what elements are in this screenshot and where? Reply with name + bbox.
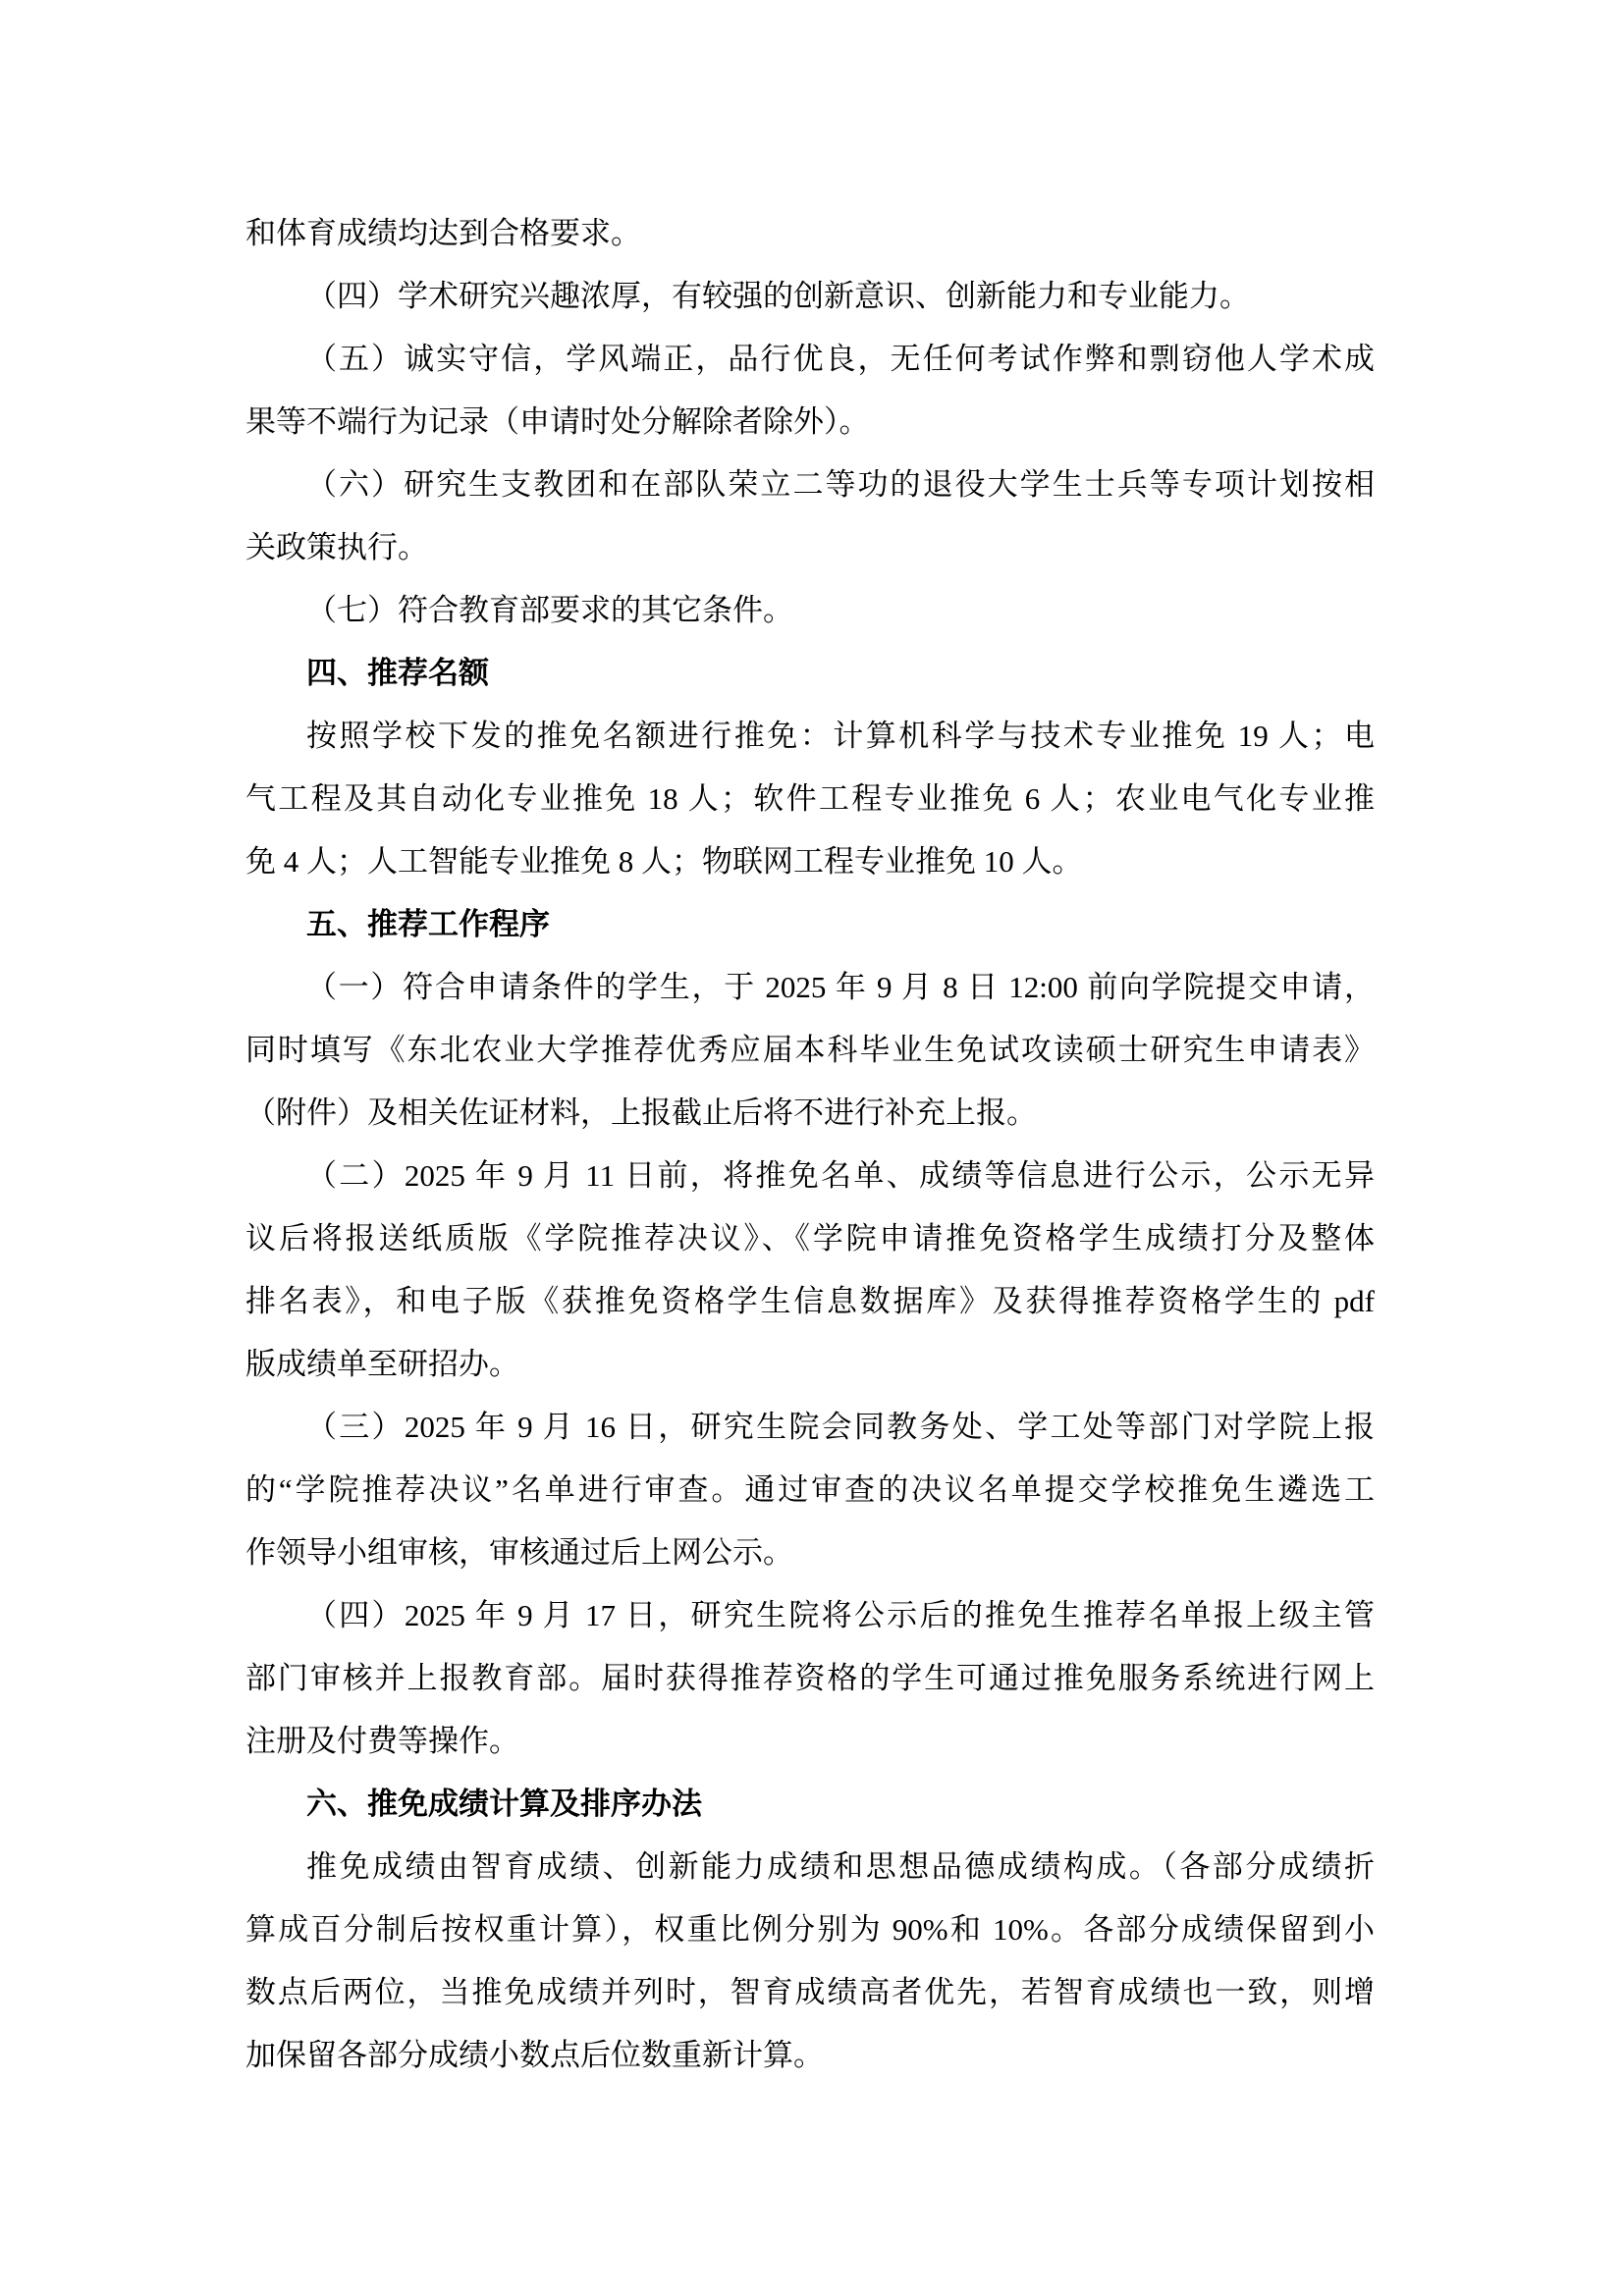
- section-heading: 四、推荐名额: [245, 642, 1375, 705]
- text-line: 数点后两位，当推免成绩并列时，智育成绩高者优先，若智育成绩也一致，则增: [245, 1961, 1375, 2024]
- text-line: 果等不端行为记录（申请时处分解除者除外）。: [245, 391, 1375, 454]
- text-line: 的“学院推荐决议”名单进行审查。通过审查的决议名单提交学校推免生遴选工: [245, 1459, 1375, 1522]
- text-line: 免 4 人；人工智能专业推免 8 人；物联网工程专业推免 10 人。: [245, 830, 1375, 893]
- text-line: （五）诚实守信，学风端正，品行优良，无任何考试作弊和剽窃他人学术成: [245, 328, 1375, 391]
- document-page: 和体育成绩均达到合格要求。（四）学术研究兴趣浓厚，有较强的创新意识、创新能力和专…: [0, 0, 1624, 2296]
- text-line: 部门审核并上报教育部。届时获得推荐资格的学生可通过推免服务系统进行网上: [245, 1647, 1375, 1710]
- text-line: 议后将报送纸质版《学院推荐决议》、《学院申请推免资格学生成绩打分及整体: [245, 1207, 1375, 1270]
- text-line: （三）2025 年 9 月 16 日，研究生院会同教务处、学工处等部门对学院上报: [245, 1396, 1375, 1459]
- text-line: （二）2025 年 9 月 11 日前，将推免名单、成绩等信息进行公示，公示无异: [245, 1145, 1375, 1207]
- section-heading: 五、推荐工作程序: [245, 893, 1375, 956]
- document-body: 和体育成绩均达到合格要求。（四）学术研究兴趣浓厚，有较强的创新意识、创新能力和专…: [245, 202, 1375, 2087]
- text-line: （七）符合教育部要求的其它条件。: [245, 579, 1375, 642]
- text-line: （附件）及相关佐证材料，上报截止后将不进行补充上报。: [245, 1082, 1375, 1145]
- text-line: 按照学校下发的推免名额进行推免：计算机科学与技术专业推免 19 人；电: [245, 705, 1375, 768]
- text-line: 加保留各部分成绩小数点后位数重新计算。: [245, 2024, 1375, 2087]
- text-line: 版成绩单至研招办。: [245, 1333, 1375, 1396]
- text-line: 气工程及其自动化专业推免 18 人；软件工程专业推免 6 人；农业电气化专业推: [245, 768, 1375, 830]
- text-line: 和体育成绩均达到合格要求。: [245, 202, 1375, 265]
- text-line: （六）研究生支教团和在部队荣立二等功的退役大学生士兵等专项计划按相: [245, 454, 1375, 516]
- text-line: （一）符合申请条件的学生，于 2025 年 9 月 8 日 12:00 前向学院…: [245, 956, 1375, 1019]
- text-line: 推免成绩由智育成绩、创新能力成绩和思想品德成绩构成。（各部分成绩折: [245, 1836, 1375, 1898]
- text-line: 排名表》，和电子版《获推免资格学生信息数据库》及获得推荐资格学生的 pdf: [245, 1270, 1375, 1333]
- text-line: （四）2025 年 9 月 17 日，研究生院将公示后的推免生推荐名单报上级主管: [245, 1584, 1375, 1647]
- text-line: 算成百分制后按权重计算），权重比例分别为 90%和 10%。各部分成绩保留到小: [245, 1898, 1375, 1961]
- text-line: 作领导小组审核，审核通过后上网公示。: [245, 1522, 1375, 1584]
- text-line: （四）学术研究兴趣浓厚，有较强的创新意识、创新能力和专业能力。: [245, 265, 1375, 328]
- text-line: 注册及付费等操作。: [245, 1710, 1375, 1773]
- text-line: 同时填写《东北农业大学推荐优秀应届本科毕业生免试攻读硕士研究生申请表》: [245, 1019, 1375, 1082]
- text-line: 关政策执行。: [245, 516, 1375, 579]
- section-heading: 六、推免成绩计算及排序办法: [245, 1773, 1375, 1836]
